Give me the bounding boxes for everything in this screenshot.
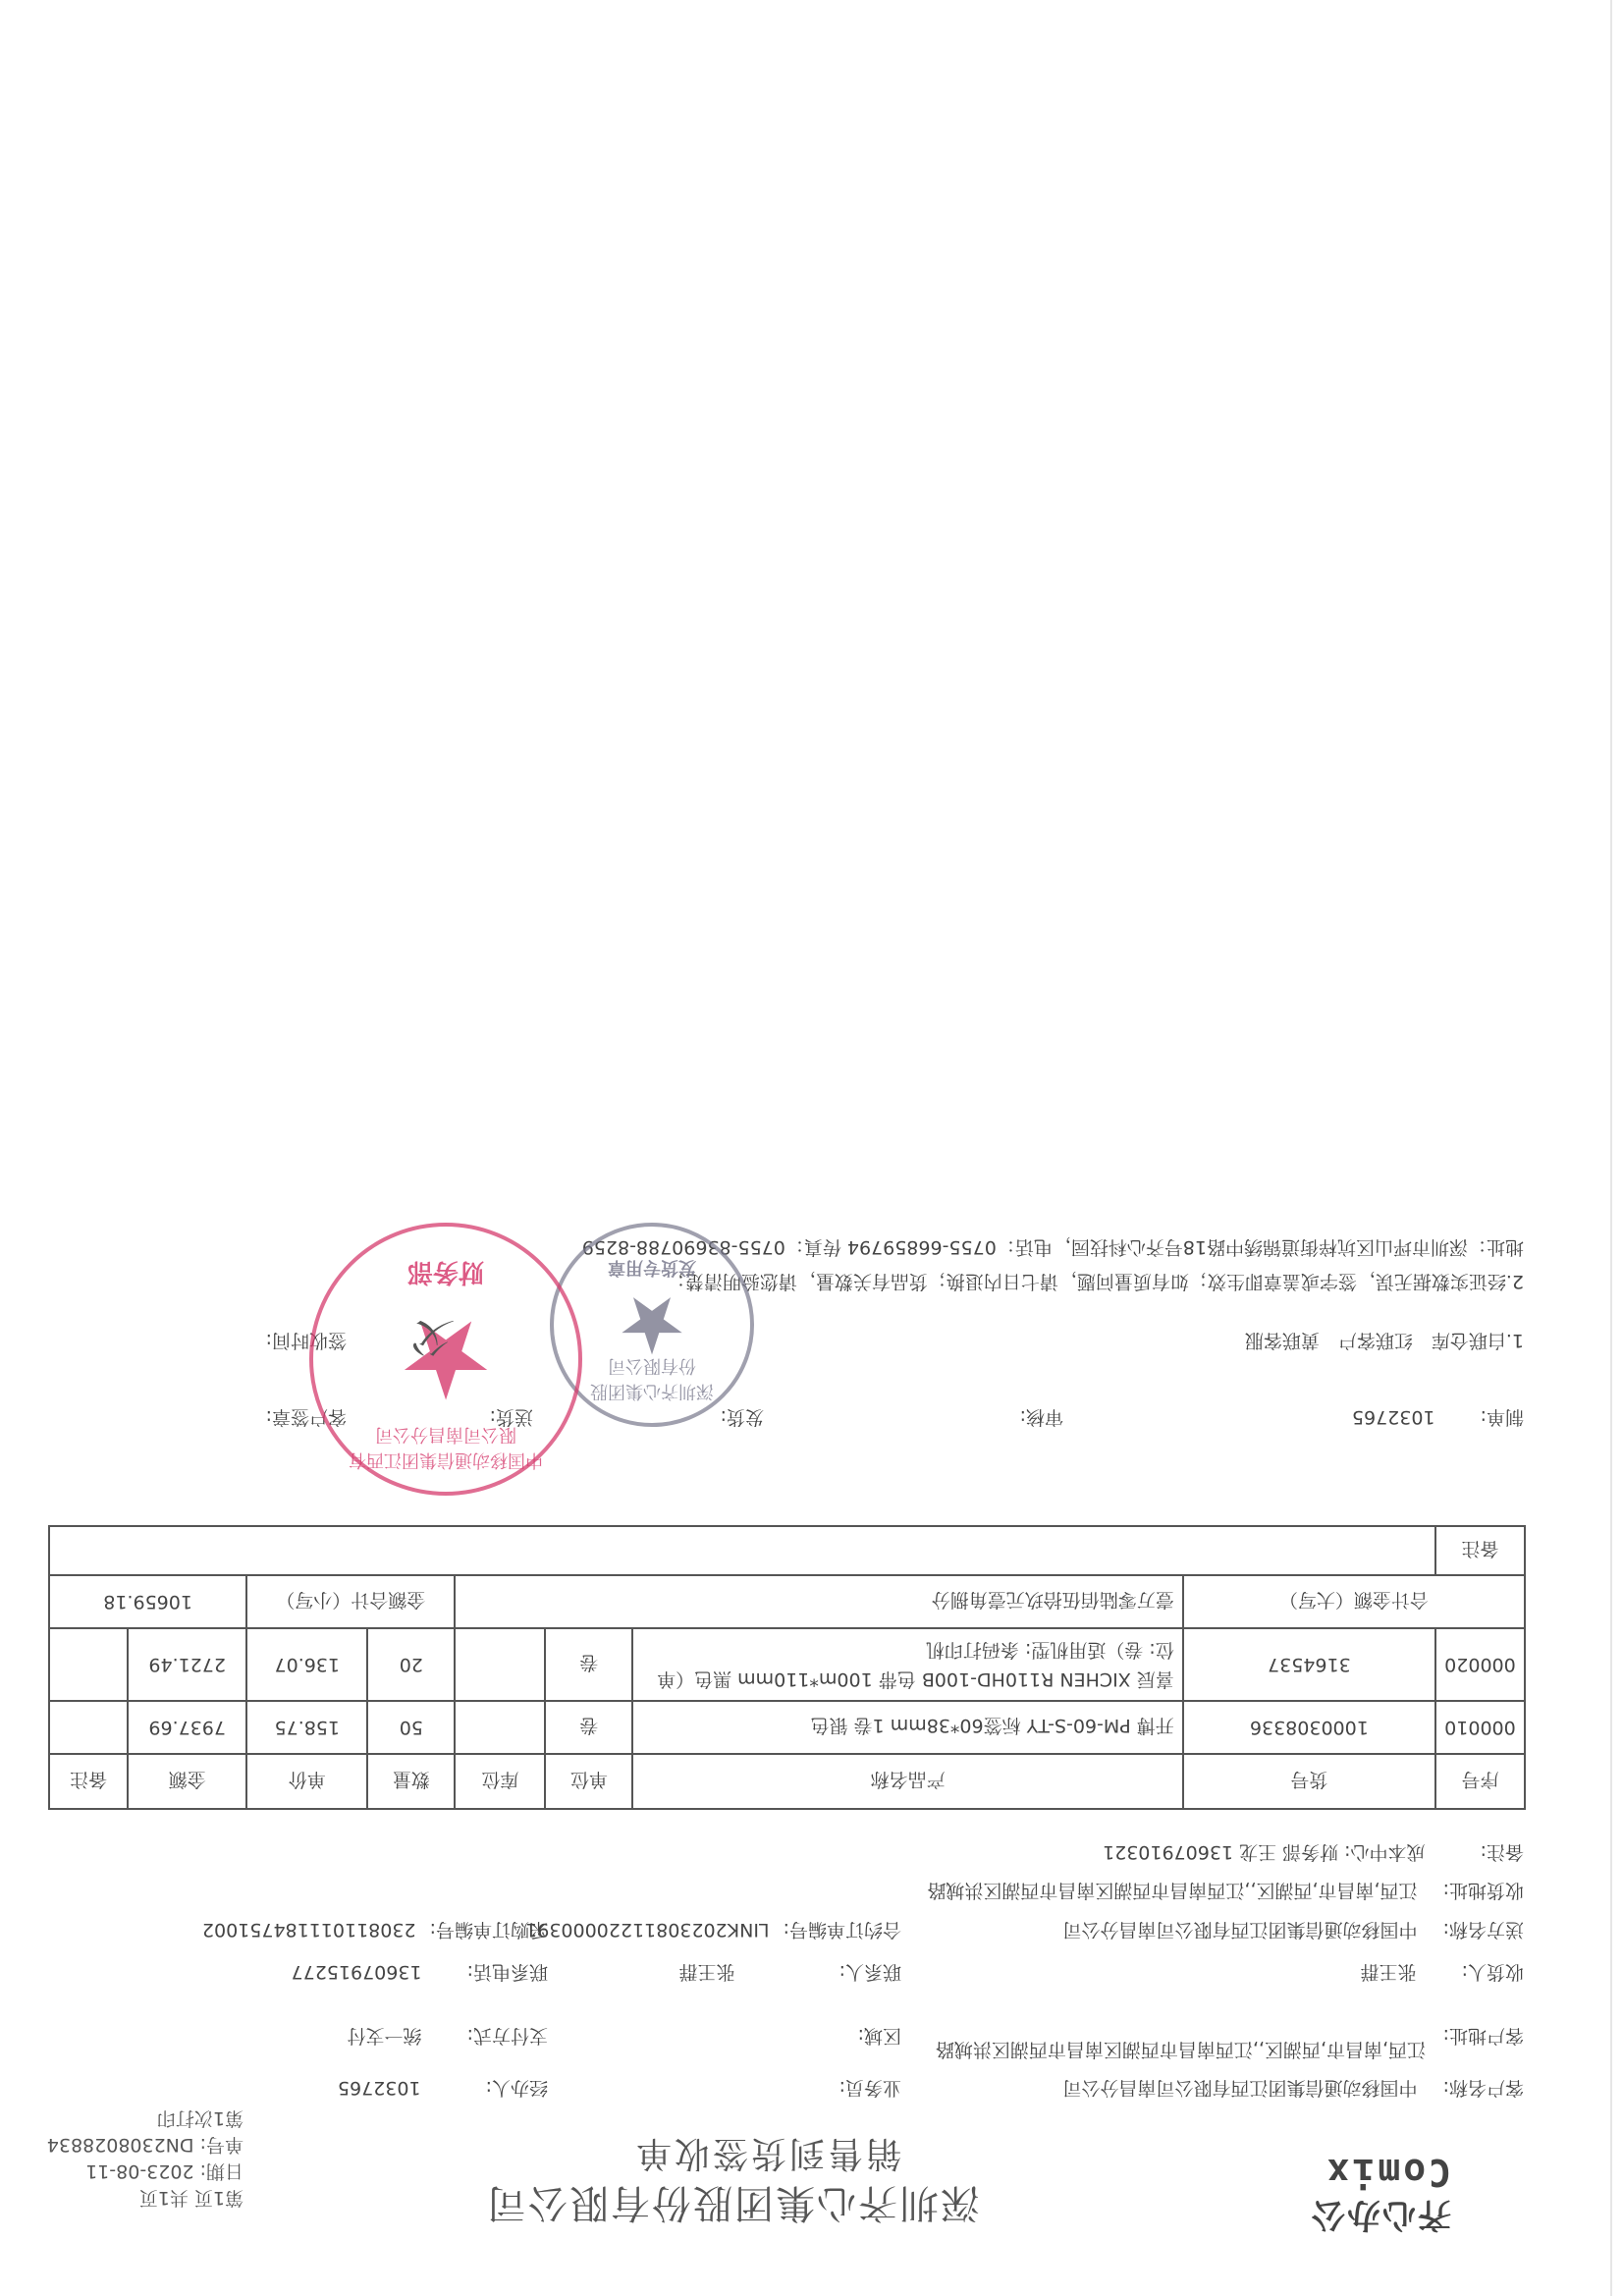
row-product-name: 喜辰 XICHEN R110HD-100B 色带 100m*110mm 黑色（单… <box>632 1628 1182 1701</box>
remark-value: 成本中心: 财务部 王龙 13607910321 <box>1103 1841 1426 1863</box>
row-price: 136.07 <box>246 1628 367 1701</box>
row-amount: 7937.69 <box>128 1701 246 1754</box>
payment-value: 统一支付 <box>348 2025 422 2047</box>
row-qty: 50 <box>367 1701 455 1754</box>
table-remark-label: 备注 <box>1435 1526 1525 1575</box>
customer-name-row: 客户名称: 中国移动通信集团江西有限公司南昌分公司 <box>1063 2076 1524 2103</box>
row-amount: 2721.49 <box>128 1628 246 1701</box>
page-info: 第1页 共1页 <box>47 2184 243 2211</box>
red-stamp-bottom-text: 财务部 <box>313 1256 578 1292</box>
customer-address-label: 客户地址: <box>1443 2024 1524 2050</box>
region-field: 区域: <box>858 2024 901 2050</box>
remark-field: 备注: 成本中心: 财务部 王龙 13607910321 <box>1103 1840 1524 1867</box>
col-price: 单价 <box>246 1754 367 1809</box>
table-remark-row: 备注 <box>49 1526 1525 1575</box>
total-lower-value: 10659.18 <box>49 1575 246 1628</box>
table-header-row: 序号 货号 产品名称 单位 库位 数量 单价 金额 备注 <box>49 1754 1525 1809</box>
table-remark-value <box>49 1526 1435 1575</box>
handler-value: 1032765 <box>338 2077 421 2099</box>
star-icon: ★ <box>617 1280 687 1371</box>
receiver-field: 收货人: 张王群 <box>1361 1960 1524 1987</box>
terms-note: 2.经证实数据无误，签字或盖章即生效；如有质量问题，请七日内退换；货品有关数量，… <box>667 1270 1524 1296</box>
order-no-value: DN2308028834 <box>47 2134 194 2156</box>
company-name: 深圳齐心集团股份有限公司 <box>485 2178 980 2234</box>
row-location <box>455 1701 545 1754</box>
row-sku: 1000308336 <box>1183 1701 1435 1754</box>
date-value: 2023-08-11 <box>85 2160 193 2182</box>
contact-field: 联系人: 张王群 <box>679 1960 901 1987</box>
table-row: 000020 3164537 喜辰 XICHEN R110HD-100B 色带 … <box>49 1628 1525 1701</box>
row-price: 158.75 <box>246 1701 367 1754</box>
col-location: 库位 <box>455 1754 545 1809</box>
logo-en: Comix <box>1274 2151 1451 2194</box>
customer-name-label: 客户名称: <box>1443 2077 1524 2099</box>
row-note <box>49 1628 128 1701</box>
contact-value: 张王群 <box>679 1961 735 1983</box>
maker-label: 制单: <box>1481 1406 1524 1428</box>
po-no-value: 230811011184751002 <box>202 1919 416 1941</box>
total-lower-label: 金额合计（小写） <box>246 1575 455 1628</box>
handwritten-signature: 父 <box>415 1312 455 1368</box>
payment-label: 支付方式: <box>467 2025 548 2047</box>
delivery-address-value: 江西,南昌市,西湖区,,江西南昌市西湖区南昌市西湖区洪城路 <box>927 1880 1417 1901</box>
company-logo: 齐心办公 Comix <box>1274 2151 1451 2242</box>
row-location <box>455 1628 545 1701</box>
delivery-address-field: 收货地址: 江西,南昌市,西湖区,,江西南昌市西湖区南昌市西湖区洪城路 <box>927 1879 1524 1905</box>
contract-no-value: LINK20230811220000391 <box>525 1919 769 1941</box>
remark-label: 备注: <box>1481 1841 1524 1863</box>
contract-no-label: 合约订单编号: <box>784 1919 901 1941</box>
reviewer-label: 审核: <box>1020 1405 1063 1432</box>
row-unit: 卷 <box>545 1628 632 1701</box>
copy-distribution-note: 1.白联仓库 红联客户 黄联客服 <box>1245 1329 1524 1355</box>
col-qty: 数量 <box>367 1754 455 1809</box>
table-row: 000010 1000308336 开博 PM-60-S-TY 标签60*38m… <box>49 1701 1525 1754</box>
col-sku: 货号 <box>1183 1754 1435 1809</box>
row-qty: 20 <box>367 1628 455 1701</box>
salesperson-field: 业务员: <box>839 2076 901 2103</box>
order-no-line: 单号: DN2308028834 <box>47 2131 243 2158</box>
logo-cn: 齐心办公 <box>1274 2194 1451 2242</box>
receiver-value: 张王群 <box>1361 1961 1417 1983</box>
document-meta: 第1页 共1页 日期: 2023-08-11 单号: DN2308028834 … <box>47 2105 243 2211</box>
shipping-seal-stamp: 深圳齐心集团股份有限公司 ★ 发货专用章 <box>550 1223 754 1427</box>
row-note <box>49 1701 128 1754</box>
shipper-label: 发货: <box>721 1405 764 1432</box>
col-note: 备注 <box>49 1754 128 1809</box>
phone-label: 联系电话: <box>467 1961 548 1983</box>
document-title: 销售到货签收单 <box>633 2131 901 2181</box>
handler-label: 经办人: <box>486 2077 548 2099</box>
col-seq: 序号 <box>1435 1754 1525 1809</box>
ship-to-field: 送方名称: 中国移动通信集团江西有限公司南昌分公司 <box>1063 1918 1524 1944</box>
maker-value: 1032765 <box>1352 1406 1435 1428</box>
customer-address-value: 江西,南昌市,西湖区,,江西南昌市西湖区南昌市西湖区洪城路 <box>935 2036 1426 2063</box>
phone-field: 联系电话: 13607915277 <box>292 1960 548 1987</box>
handler-field: 经办人: 1032765 <box>338 2076 548 2103</box>
date-line: 日期: 2023-08-11 <box>47 2158 243 2184</box>
ship-to-label: 送方名称: <box>1443 1919 1524 1941</box>
print-count: 第1次打印 <box>47 2105 243 2131</box>
total-upper-label: 合计金额（大写） <box>1183 1575 1525 1628</box>
gray-stamp-bottom-text: 发货专用章 <box>554 1256 750 1282</box>
customer-name-value: 中国移动通信集团江西有限公司南昌分公司 <box>1063 2077 1418 2099</box>
ship-to-value: 中国移动通信集团江西有限公司南昌分公司 <box>1063 1919 1418 1941</box>
row-product-name: 开博 PM-60-S-TY 标签60*38mm 1卷 银色 <box>632 1701 1182 1754</box>
payment-field: 支付方式: 统一支付 <box>348 2024 548 2050</box>
contract-no-field: 合约订单编号: LINK20230811220000391 <box>525 1918 901 1944</box>
contact-label: 联系人: <box>839 1961 901 1983</box>
totals-row: 合计金额（大写） 壹万零陆佰伍拾玖元壹角捌分 金额合计（小写） 10659.18 <box>49 1575 1525 1628</box>
col-unit: 单位 <box>545 1754 632 1809</box>
col-amount: 金额 <box>128 1754 246 1809</box>
total-upper-value: 壹万零陆佰伍拾玖元壹角捌分 <box>455 1575 1182 1628</box>
maker-field: 制单: 1032765 <box>1352 1405 1524 1432</box>
red-stamp-ring-text: 中国移动通信集团江西有限公司南昌分公司 <box>313 1423 578 1474</box>
po-no-label: 采购订单编号: <box>430 1919 548 1941</box>
phone-value: 13607915277 <box>292 1961 422 1983</box>
delivery-address-label: 收货地址: <box>1443 1880 1524 1901</box>
delivery-receipt-document: 齐心办公 Comix 深圳齐心集团股份有限公司 销售到货签收单 第1页 共1页 … <box>37 1216 1530 2271</box>
row-sku: 3164537 <box>1183 1628 1435 1701</box>
date-label: 日期: <box>200 2160 243 2182</box>
page-edge <box>1610 0 1612 2296</box>
region-label: 区域: <box>858 2025 901 2047</box>
row-seq: 000020 <box>1435 1628 1525 1701</box>
order-no-label: 单号: <box>200 2134 243 2156</box>
row-unit: 卷 <box>545 1701 632 1754</box>
salesperson-label: 业务员: <box>839 2077 901 2099</box>
col-product-name: 产品名称 <box>632 1754 1182 1809</box>
items-table: 序号 货号 产品名称 单位 库位 数量 单价 金额 备注 000010 1000… <box>48 1525 1526 1810</box>
row-seq: 000010 <box>1435 1701 1525 1754</box>
receiver-label: 收货人: <box>1462 1961 1524 1983</box>
po-no-field: 采购订单编号: 230811011184751002 <box>202 1918 548 1944</box>
